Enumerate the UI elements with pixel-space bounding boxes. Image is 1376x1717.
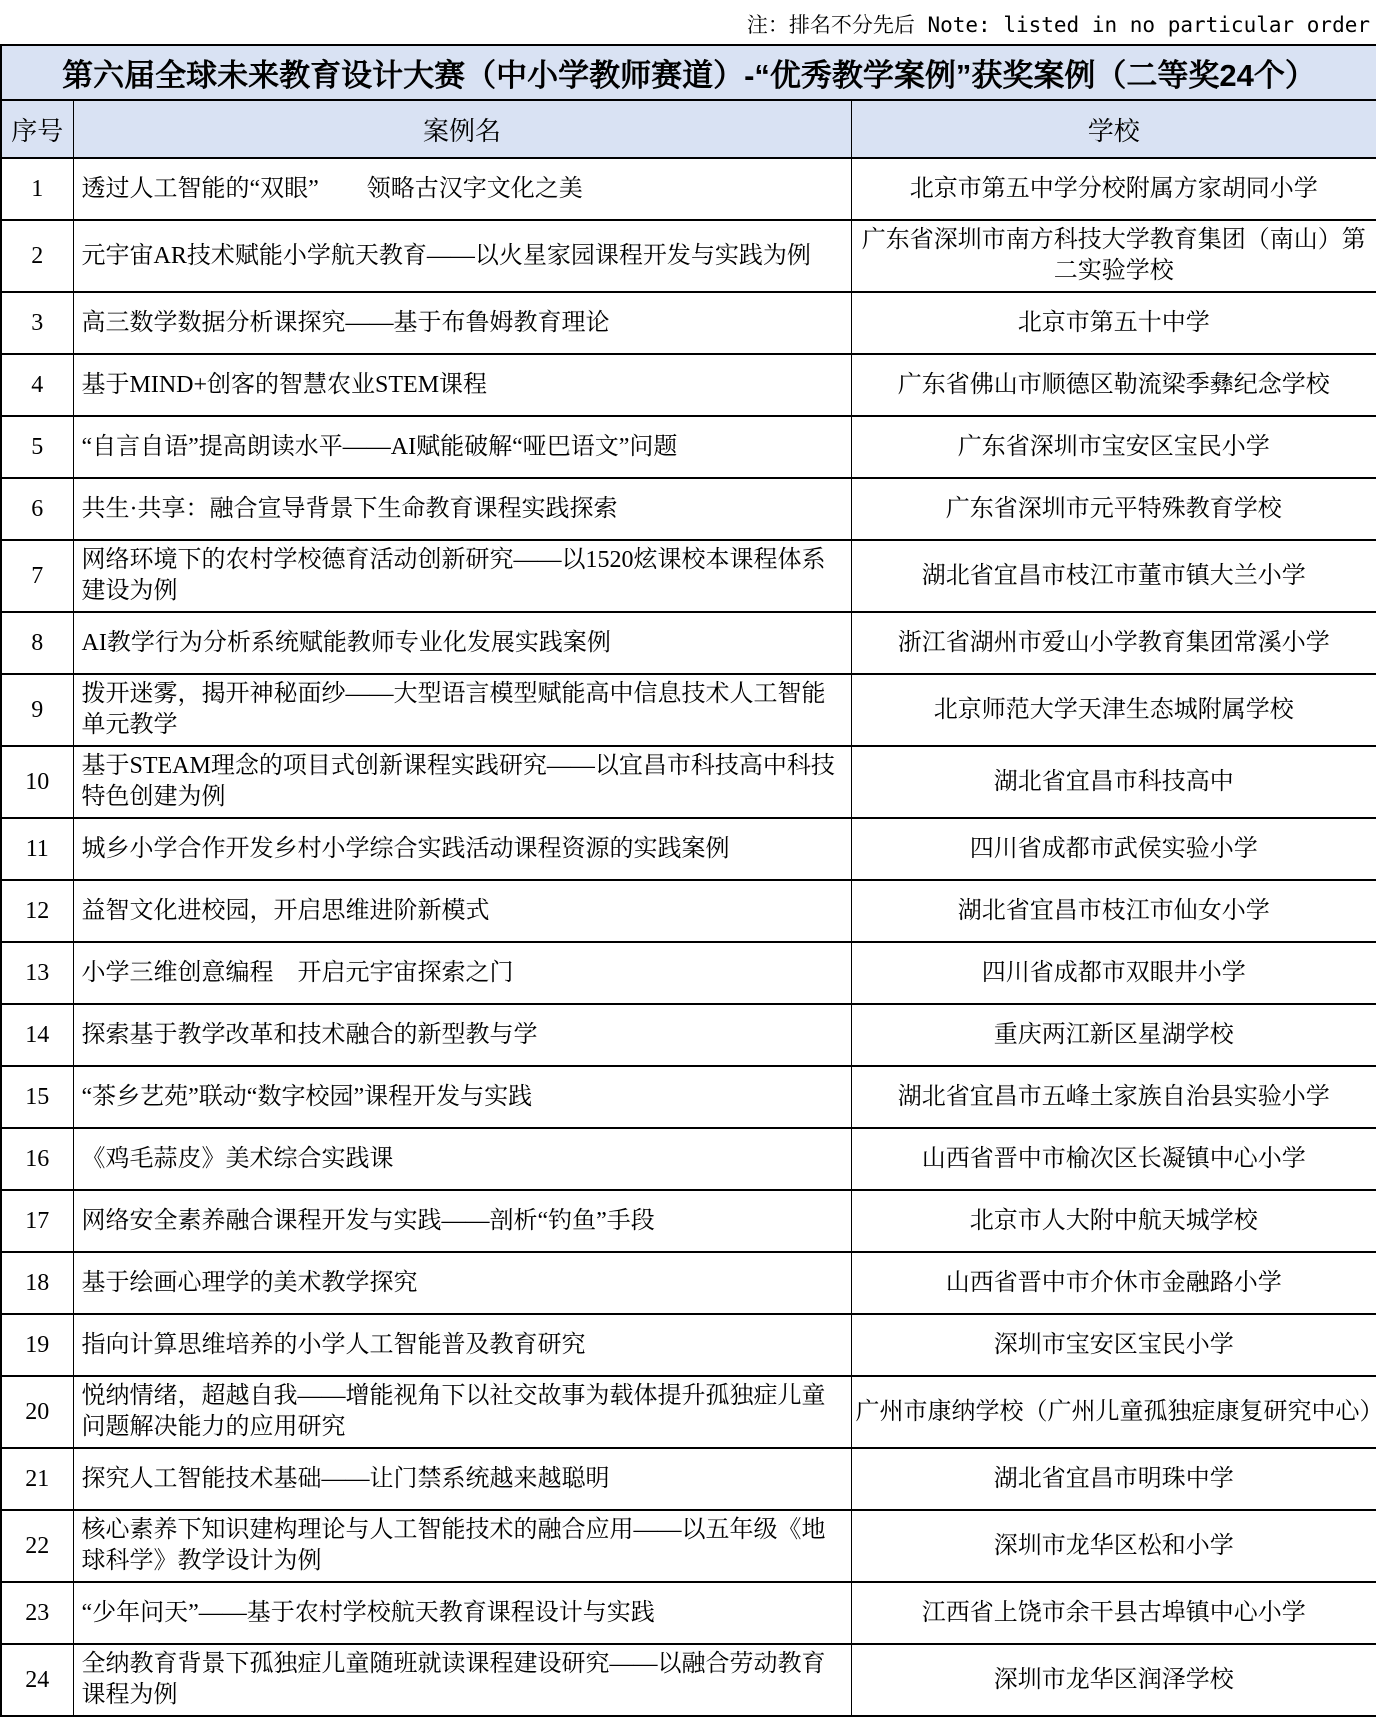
cell-case-name: 网络安全素养融合课程开发与实践——剖析“钓鱼”手段 bbox=[73, 1190, 851, 1252]
cell-case-name: 共生·共享：融合宣导背景下生命教育课程实践探索 bbox=[73, 478, 851, 540]
cell-school: 四川省成都市武侯实验小学 bbox=[851, 818, 1376, 880]
cell-index: 15 bbox=[1, 1066, 73, 1128]
table-row: 11城乡小学合作开发乡村小学综合实践活动课程资源的实践案例四川省成都市武侯实验小… bbox=[1, 818, 1376, 880]
cell-index: 16 bbox=[1, 1128, 73, 1190]
cell-school: 北京市第五中学分校附属方家胡同小学 bbox=[851, 158, 1376, 220]
cell-school: 广东省佛山市顺德区勒流梁季彝纪念学校 bbox=[851, 354, 1376, 416]
table-row: 9拨开迷雾，揭开神秘面纱——大型语言模型赋能高中信息技术人工智能单元教学北京师范… bbox=[1, 674, 1376, 746]
cell-school: 深圳市宝安区宝民小学 bbox=[851, 1314, 1376, 1376]
cell-school: 江西省上饶市余干县古埠镇中心小学 bbox=[851, 1582, 1376, 1644]
cell-case-name: 元宇宙AR技术赋能小学航天教育——以火星家园课程开发与实践为例 bbox=[73, 220, 851, 292]
table-row: 15“茶乡艺苑”联动“数字校园”课程开发与实践湖北省宜昌市五峰土家族自治县实验小… bbox=[1, 1066, 1376, 1128]
table-row: 18基于绘画心理学的美术教学探究山西省晋中市介休市金融路小学 bbox=[1, 1252, 1376, 1314]
table-row: 6共生·共享：融合宣导背景下生命教育课程实践探索广东省深圳市元平特殊教育学校 bbox=[1, 478, 1376, 540]
cell-index: 14 bbox=[1, 1004, 73, 1066]
cell-school: 浙江省湖州市爱山小学教育集团常溪小学 bbox=[851, 612, 1376, 674]
table-row: 17网络安全素养融合课程开发与实践——剖析“钓鱼”手段北京市人大附中航天城学校 bbox=[1, 1190, 1376, 1252]
cell-index: 8 bbox=[1, 612, 73, 674]
cell-school: 湖北省宜昌市明珠中学 bbox=[851, 1448, 1376, 1510]
cell-index: 2 bbox=[1, 220, 73, 292]
cell-index: 12 bbox=[1, 880, 73, 942]
awards-table: 第六届全球未来教育设计大赛（中小学教师赛道）-“优秀教学案例”获奖案例（二等奖2… bbox=[0, 44, 1376, 1717]
cell-index: 24 bbox=[1, 1644, 73, 1716]
cell-case-name: 基于STEAM理念的项目式创新课程实践研究——以宜昌市科技高中科技特色创建为例 bbox=[73, 746, 851, 818]
cell-index: 3 bbox=[1, 292, 73, 354]
cell-case-name: 益智文化进校园，开启思维进阶新模式 bbox=[73, 880, 851, 942]
cell-case-name: 全纳教育背景下孤独症儿童随班就读课程建设研究——以融合劳动教育课程为例 bbox=[73, 1644, 851, 1716]
cell-school: 广东省深圳市元平特殊教育学校 bbox=[851, 478, 1376, 540]
table-row: 1透过人工智能的“双眼” 领略古汉字文化之美北京市第五中学分校附属方家胡同小学 bbox=[1, 158, 1376, 220]
cell-case-name: “少年问天”——基于农村学校航天教育课程设计与实践 bbox=[73, 1582, 851, 1644]
cell-school: 深圳市龙华区松和小学 bbox=[851, 1510, 1376, 1582]
table-row: 22核心素养下知识建构理论与人工智能技术的融合应用——以五年级《地球科学》教学设… bbox=[1, 1510, 1376, 1582]
cell-index: 10 bbox=[1, 746, 73, 818]
cell-school: 北京市第五十中学 bbox=[851, 292, 1376, 354]
cell-index: 7 bbox=[1, 540, 73, 612]
table-title-row: 第六届全球未来教育设计大赛（中小学教师赛道）-“优秀教学案例”获奖案例（二等奖2… bbox=[1, 45, 1376, 100]
cell-case-name: 探究人工智能技术基础——让门禁系统越来越聪明 bbox=[73, 1448, 851, 1510]
ranking-note: 注：排名不分先后 Note: listed in no particular o… bbox=[0, 0, 1376, 44]
column-header-index: 序号 bbox=[1, 100, 73, 158]
cell-school: 湖北省宜昌市枝江市董市镇大兰小学 bbox=[851, 540, 1376, 612]
table-row: 16《鸡毛蒜皮》美术综合实践课山西省晋中市榆次区长凝镇中心小学 bbox=[1, 1128, 1376, 1190]
cell-index: 13 bbox=[1, 942, 73, 1004]
cell-case-name: “茶乡艺苑”联动“数字校园”课程开发与实践 bbox=[73, 1066, 851, 1128]
cell-case-name: AI教学行为分析系统赋能教师专业化发展实践案例 bbox=[73, 612, 851, 674]
cell-index: 20 bbox=[1, 1376, 73, 1448]
table-row: 10基于STEAM理念的项目式创新课程实践研究——以宜昌市科技高中科技特色创建为… bbox=[1, 746, 1376, 818]
table-row: 19指向计算思维培养的小学人工智能普及教育研究深圳市宝安区宝民小学 bbox=[1, 1314, 1376, 1376]
cell-case-name: 网络环境下的农村学校德育活动创新研究——以1520炫课校本课程体系建设为例 bbox=[73, 540, 851, 612]
cell-school: 湖北省宜昌市科技高中 bbox=[851, 746, 1376, 818]
cell-index: 23 bbox=[1, 1582, 73, 1644]
cell-case-name: 透过人工智能的“双眼” 领略古汉字文化之美 bbox=[73, 158, 851, 220]
cell-school: 重庆两江新区星湖学校 bbox=[851, 1004, 1376, 1066]
cell-index: 9 bbox=[1, 674, 73, 746]
cell-case-name: 指向计算思维培养的小学人工智能普及教育研究 bbox=[73, 1314, 851, 1376]
cell-case-name: 拨开迷雾，揭开神秘面纱——大型语言模型赋能高中信息技术人工智能单元教学 bbox=[73, 674, 851, 746]
cell-index: 18 bbox=[1, 1252, 73, 1314]
table-row: 20悦纳情绪，超越自我——增能视角下以社交故事为载体提升孤独症儿童问题解决能力的… bbox=[1, 1376, 1376, 1448]
cell-school: 北京师范大学天津生态城附属学校 bbox=[851, 674, 1376, 746]
cell-school: 湖北省宜昌市五峰土家族自治县实验小学 bbox=[851, 1066, 1376, 1128]
cell-index: 22 bbox=[1, 1510, 73, 1582]
cell-school: 湖北省宜昌市枝江市仙女小学 bbox=[851, 880, 1376, 942]
cell-school: 山西省晋中市榆次区长凝镇中心小学 bbox=[851, 1128, 1376, 1190]
cell-case-name: 核心素养下知识建构理论与人工智能技术的融合应用——以五年级《地球科学》教学设计为… bbox=[73, 1510, 851, 1582]
table-row: 5“自言自语”提高朗读水平——AI赋能破解“哑巴语文”问题广东省深圳市宝安区宝民… bbox=[1, 416, 1376, 478]
cell-case-name: 《鸡毛蒜皮》美术综合实践课 bbox=[73, 1128, 851, 1190]
table-row: 24全纳教育背景下孤独症儿童随班就读课程建设研究——以融合劳动教育课程为例深圳市… bbox=[1, 1644, 1376, 1716]
cell-index: 6 bbox=[1, 478, 73, 540]
cell-case-name: 高三数学数据分析课探究——基于布鲁姆教育理论 bbox=[73, 292, 851, 354]
cell-school: 广州市康纳学校（广州儿童孤独症康复研究中心） bbox=[851, 1376, 1376, 1448]
cell-case-name: 悦纳情绪，超越自我——增能视角下以社交故事为载体提升孤独症儿童问题解决能力的应用… bbox=[73, 1376, 851, 1448]
cell-school: 山西省晋中市介休市金融路小学 bbox=[851, 1252, 1376, 1314]
cell-case-name: “自言自语”提高朗读水平——AI赋能破解“哑巴语文”问题 bbox=[73, 416, 851, 478]
cell-school: 四川省成都市双眼井小学 bbox=[851, 942, 1376, 1004]
table-body: 1透过人工智能的“双眼” 领略古汉字文化之美北京市第五中学分校附属方家胡同小学2… bbox=[1, 158, 1376, 1716]
table-header-row: 序号 案例名 学校 bbox=[1, 100, 1376, 158]
cell-school: 广东省深圳市南方科技大学教育集团（南山）第二实验学校 bbox=[851, 220, 1376, 292]
column-header-case-name: 案例名 bbox=[73, 100, 851, 158]
table-row: 23“少年问天”——基于农村学校航天教育课程设计与实践江西省上饶市余干县古埠镇中… bbox=[1, 1582, 1376, 1644]
cell-index: 19 bbox=[1, 1314, 73, 1376]
cell-index: 1 bbox=[1, 158, 73, 220]
table-row: 21探究人工智能技术基础——让门禁系统越来越聪明湖北省宜昌市明珠中学 bbox=[1, 1448, 1376, 1510]
table-row: 13小学三维创意编程 开启元宇宙探索之门四川省成都市双眼井小学 bbox=[1, 942, 1376, 1004]
cell-index: 4 bbox=[1, 354, 73, 416]
cell-case-name: 城乡小学合作开发乡村小学综合实践活动课程资源的实践案例 bbox=[73, 818, 851, 880]
table-row: 3高三数学数据分析课探究——基于布鲁姆教育理论北京市第五十中学 bbox=[1, 292, 1376, 354]
table-row: 14探索基于教学改革和技术融合的新型教与学重庆两江新区星湖学校 bbox=[1, 1004, 1376, 1066]
cell-index: 11 bbox=[1, 818, 73, 880]
cell-case-name: 探索基于教学改革和技术融合的新型教与学 bbox=[73, 1004, 851, 1066]
cell-school: 深圳市龙华区润泽学校 bbox=[851, 1644, 1376, 1716]
cell-index: 17 bbox=[1, 1190, 73, 1252]
table-row: 4基于MIND+创客的智慧农业STEM课程广东省佛山市顺德区勒流梁季彝纪念学校 bbox=[1, 354, 1376, 416]
column-header-school: 学校 bbox=[851, 100, 1376, 158]
cell-case-name: 基于绘画心理学的美术教学探究 bbox=[73, 1252, 851, 1314]
table-row: 12益智文化进校园，开启思维进阶新模式湖北省宜昌市枝江市仙女小学 bbox=[1, 880, 1376, 942]
cell-case-name: 基于MIND+创客的智慧农业STEM课程 bbox=[73, 354, 851, 416]
table-title: 第六届全球未来教育设计大赛（中小学教师赛道）-“优秀教学案例”获奖案例（二等奖2… bbox=[1, 45, 1376, 100]
cell-school: 广东省深圳市宝安区宝民小学 bbox=[851, 416, 1376, 478]
table-row: 2元宇宙AR技术赋能小学航天教育——以火星家园课程开发与实践为例广东省深圳市南方… bbox=[1, 220, 1376, 292]
cell-index: 21 bbox=[1, 1448, 73, 1510]
table-row: 8AI教学行为分析系统赋能教师专业化发展实践案例浙江省湖州市爱山小学教育集团常溪… bbox=[1, 612, 1376, 674]
cell-index: 5 bbox=[1, 416, 73, 478]
cell-school: 北京市人大附中航天城学校 bbox=[851, 1190, 1376, 1252]
cell-case-name: 小学三维创意编程 开启元宇宙探索之门 bbox=[73, 942, 851, 1004]
table-row: 7网络环境下的农村学校德育活动创新研究——以1520炫课校本课程体系建设为例湖北… bbox=[1, 540, 1376, 612]
